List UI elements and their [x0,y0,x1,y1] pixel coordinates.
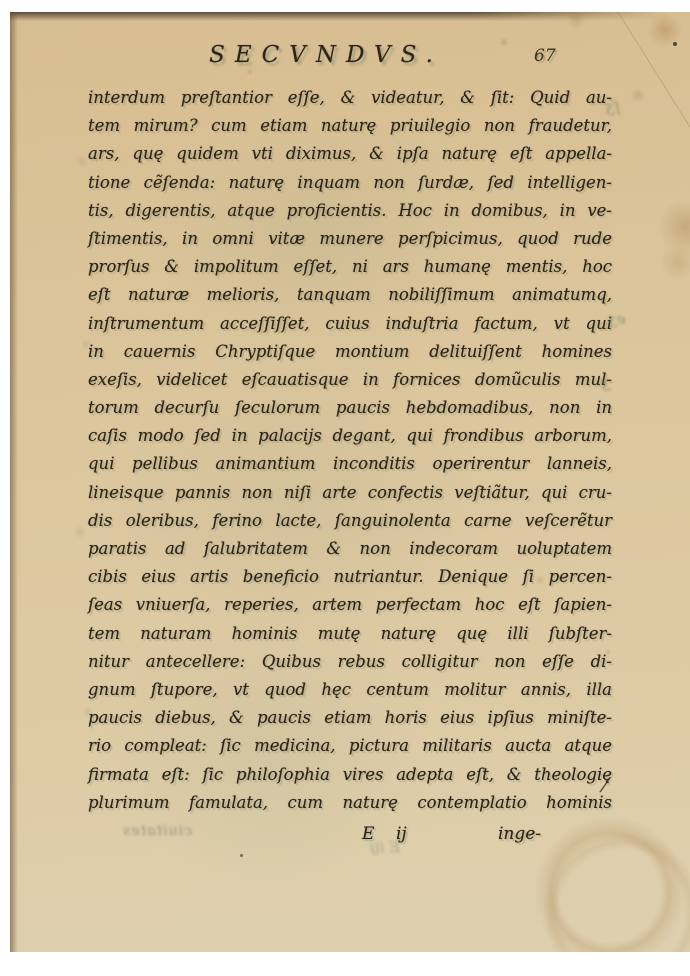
text-line: torum decurſu ſeculorum paucis hebdomadi… [88,394,612,422]
page-top-shadow-edge [10,12,690,21]
ink-fleck [673,42,677,46]
text-line: inſtrumentum acceſſiſſet, cuius induſtri… [88,310,612,338]
text-line: tis, digerentis, atque proficientis. Hoc… [88,197,612,225]
text-line: paratis ad ſalubritatem & non indecoram … [88,535,612,563]
text-line: qui pellibus animantium inconditis operi… [88,450,612,478]
scanned-book-photo: { "page": { "header": { "title": "SECVND… [0,0,690,976]
text-line: gnum ſtupore, vt quod hęc centum molitur… [88,676,612,704]
text-line: ſtimentis, in omni vitæ munere perſpicim… [88,225,612,253]
text-line: ars, quę quidem vti diximus, & ipſa natu… [88,140,612,168]
text-line: nitur antecellere: Quibus rebus colligit… [88,648,612,676]
text-line: eſt naturæ melioris, tanquam nobiliſſimu… [88,281,612,309]
catchword: inge- [498,820,541,848]
show-through-text: ciuitates [122,824,192,838]
text-line: caſis modo ſed in palacijs degant, qui f… [88,422,612,450]
text-line: exeſis, videlicet eſcauatisque in fornic… [88,366,612,394]
page-number: 67 [534,48,556,65]
show-through-margin-glyph: ſʒ [606,100,620,115]
text-line: interdum preſtantior eſſe, & videatur, &… [88,84,612,112]
body-text-block: interdum preſtantior eſſe, & videatur, &… [88,84,612,817]
text-line: dis oleribus, ferino lacte, ſanguinolent… [88,507,612,535]
show-through-margin-glyph: ʒ [602,376,610,391]
text-line: rio compleat: ſic medicina, pictura mili… [88,732,612,760]
text-line: tione cẽſenda: naturę inquam non ſurdæ, … [88,169,612,197]
text-line: firmata eſt: ſic philoſophia vires adept… [88,761,612,789]
running-head-title: SECVNDVS. [10,44,666,67]
text-line: prorſus & impolitum eſſet, ni ars humanę… [88,253,612,281]
paper-crease [605,12,690,179]
text-line: in cauernis Chryptiſque montium delituiſ… [88,338,612,366]
text-line: tem naturam hominis mutę naturę quę illi… [88,620,612,648]
show-through-margin-glyph: eʒ [608,312,625,327]
ink-fleck [240,854,243,857]
text-line: ſeas vniuerſa, reperies, artem perfectam… [88,591,612,619]
page-scan: SECVNDVS. 67 interdum preſtantior eſſe, … [10,12,690,952]
text-line: plurimum famulata, cum naturę contemplat… [88,789,612,817]
page-left-shadow-edge [10,12,18,952]
signature-line: E ij inge- [10,820,690,850]
text-line: tem mirum? cum etiam naturę priuilegio n… [88,112,612,140]
text-line: lineisque pannis non niſi arte confectis… [88,479,612,507]
text-line: cibis eius artis beneficio nutriantur. D… [88,563,612,591]
show-through-signature: E iij [370,840,400,855]
text-line: paucis diebus, & paucis etiam horis eius… [88,704,612,732]
